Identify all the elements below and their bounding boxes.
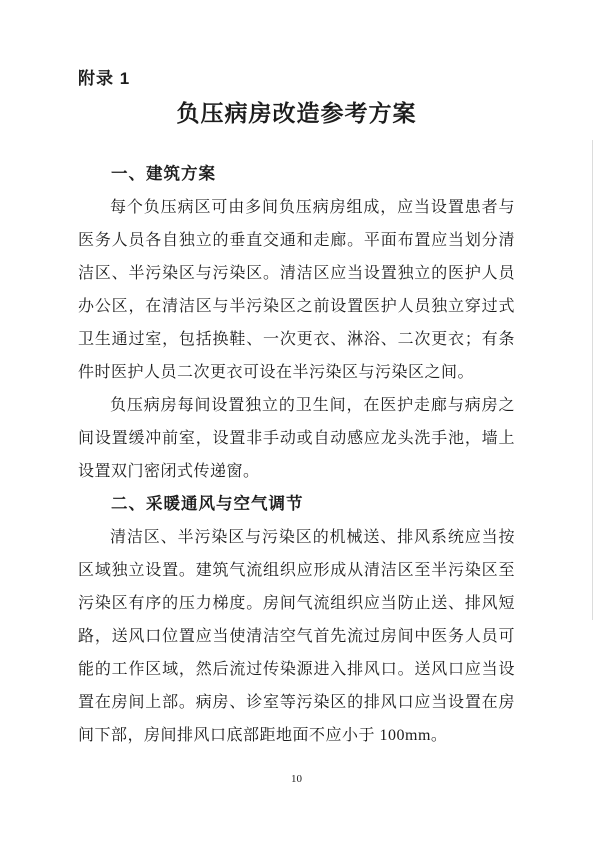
document-title: 负压病房改造参考方案 — [78, 100, 515, 126]
scan-edge-artifact — [592, 140, 593, 620]
section-1-heading: 一、建筑方案 — [78, 158, 515, 191]
appendix-label: 附录 1 — [78, 68, 515, 90]
page-number: 10 — [78, 772, 515, 786]
section-1-paragraph-1: 每个负压病区可由多间负压病房组成，应当设置患者与医务人员各自独立的垂直交通和走廊… — [78, 191, 515, 389]
section-2-paragraph-1: 清洁区、半污染区与污染区的机械送、排风系统应当按区域独立设置。建筑气流组织应形成… — [78, 521, 515, 752]
section-2-heading: 二、采暖通风与空气调节 — [78, 488, 515, 521]
section-1-paragraph-2: 负压病房每间设置独立的卫生间，在医护走廊与病房之间设置缓冲前室，设置非手动或自动… — [78, 389, 515, 488]
document-page: 附录 1 负压病房改造参考方案 一、建筑方案 每个负压病区可由多间负压病房组成，… — [0, 0, 596, 841]
